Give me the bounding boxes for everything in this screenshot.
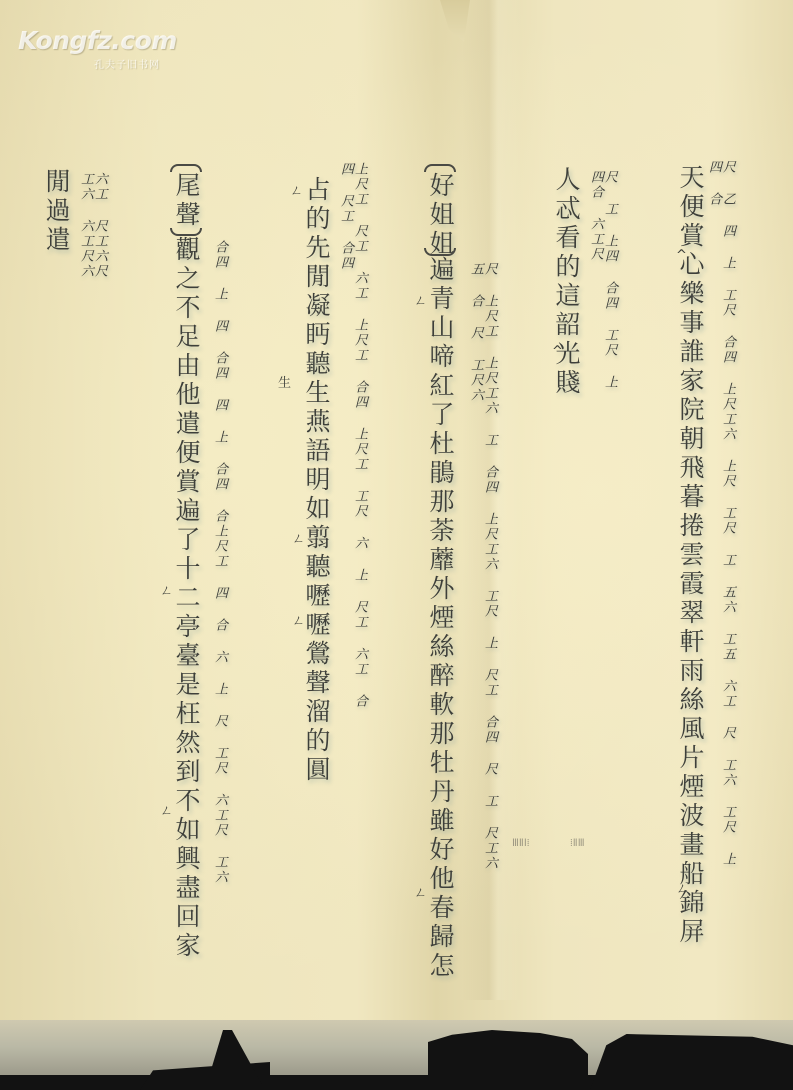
watermark-subtitle: 孔夫子旧书网: [94, 56, 160, 71]
lyrics-column-1: 天便賞心樂事誰家院朝飛暮捲雲霞翠軒雨絲風片煙波畫船錦屏: [676, 164, 704, 947]
margin-mark: ^: [552, 344, 563, 359]
title-bracket-top: [170, 164, 202, 172]
ink-smudge: ⁞ⅡⅢ: [570, 838, 585, 849]
margin-mark: ㄥ: [292, 528, 305, 547]
margin-mark: ㄥ: [160, 580, 173, 599]
lyrics-column-4: 占的先閒凝眄聽生燕語明如翦聽嚦嚦鶯聲溜的圓: [302, 176, 330, 785]
lyrics-column-6: 閒過遣: [42, 168, 70, 255]
title-bracket-top: [424, 164, 456, 172]
lyrics-column-5: 觀之不足由他遣便賞遍了十二亭臺是枉然到不如興盡回家: [172, 236, 200, 961]
manuscript-page: Kongfz.com 孔夫子旧书网 天便賞心樂事誰家院朝飛暮捲雲霞翠軒雨絲風片煙…: [0, 0, 793, 1090]
margin-mark: ㄥ: [160, 800, 173, 819]
title-bracket-bottom: [170, 228, 202, 236]
margin-mark: ㄥ: [290, 180, 303, 199]
notation-column-3: 尺 上尺工 上尺工六 工 合四 上尺工六 工尺 上 尺工 合四 尺 工 尺工六 …: [468, 262, 496, 902]
notation-column-4: 上尺工 尺工 六工 上尺工 合四 上尺工 工尺 六 上 尺工 六工 合四 尺工 …: [338, 162, 366, 722]
aria-title: 好姐姐: [426, 172, 454, 259]
notation-column-6: 六工 尺工六尺工六 六工尺六: [78, 172, 106, 282]
title-bracket-bottom: [424, 248, 456, 256]
aria-title: 尾聲: [172, 172, 200, 230]
lyrics-column-2: 人忒看的這韶光賤: [552, 166, 580, 398]
ink-smudge: ⅢⅡⅠ⁞: [512, 838, 530, 849]
lyrics-column-3: 遍青山啼紅了杜鵑那荼蘼外煙絲醉軟那牡丹雖好他春歸怎: [426, 256, 454, 981]
watermark: Kongfz.com 孔夫子旧书网: [14, 12, 174, 72]
watermark-logo: Kongfz.com: [18, 26, 177, 55]
dark-background: [428, 1030, 588, 1090]
margin-mark: ㄥ: [676, 878, 689, 897]
dark-background: [590, 1034, 793, 1090]
margin-mark: ㄥ: [414, 882, 427, 901]
margin-mark: ㄥ: [292, 610, 305, 629]
notation-column-2: 尺 工 上四 合四 工尺 上 四合 六工尺: [588, 170, 616, 390]
notation-column-5: 合四 上 四 合四 四 上 合四 合上尺工 四 合 六 上 尺 工尺 六工尺 工…: [212, 240, 226, 920]
margin-mark: ㄥ: [414, 290, 427, 309]
notation-column-1: 尺 乙 四 上 工尺 合四 上尺工六 上尺 工尺 工 五六 工五 六工 尺 工六…: [706, 160, 734, 880]
margin-mark: 生: [278, 372, 291, 391]
margin-mark: ^: [676, 248, 687, 263]
